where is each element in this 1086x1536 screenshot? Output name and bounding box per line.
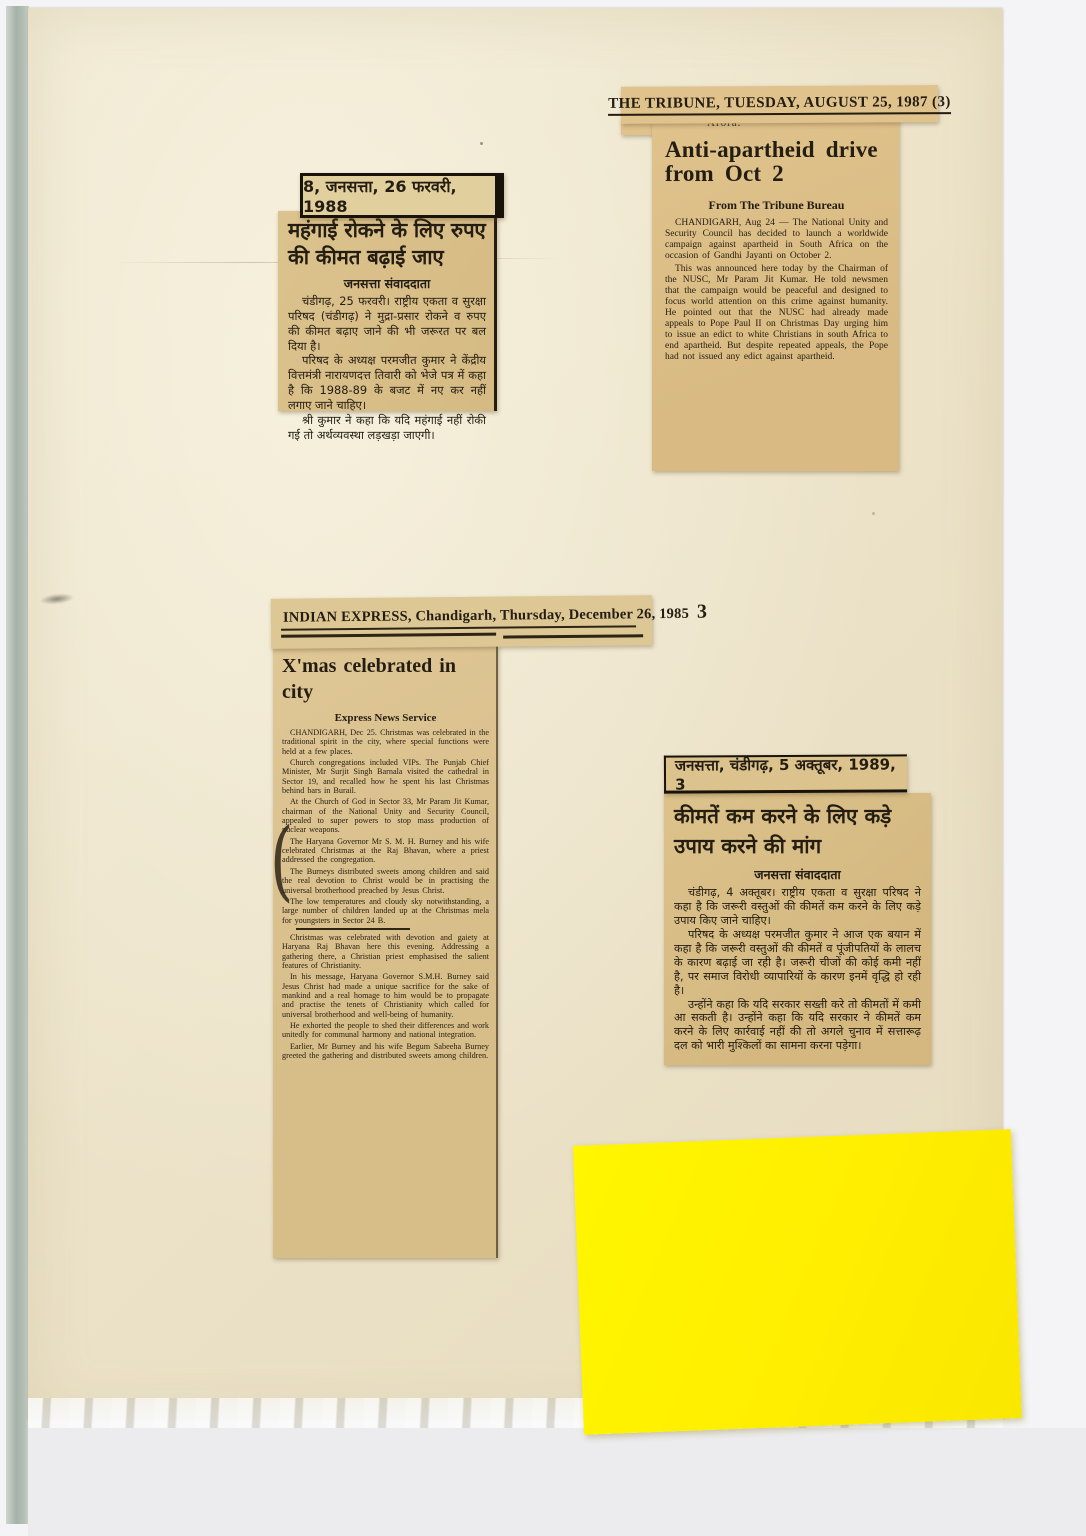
clipping-hindi-1989: कीमतें कम करने के लिए कड़े उपाय करने की … xyxy=(664,793,931,1065)
page-number: 3 xyxy=(697,601,707,624)
article-paragraph: The Haryana Governor Mr S. M. H. Burney … xyxy=(282,837,489,865)
masthead-rule xyxy=(281,633,496,638)
article-paragraph: The low temperatures and cloudy sky notw… xyxy=(282,897,489,925)
clipping-tribune-article: Arora. Anti-apartheid drive from Oct 2 F… xyxy=(652,113,899,471)
scan-sleeve-edge xyxy=(6,6,29,1524)
article-paragraph: चंडीगढ़, 25 फरवरी। राष्ट्रीय एकता व सुरक… xyxy=(288,294,486,353)
clipping-indian-express-article: X'mas celebrated in city Express News Se… xyxy=(273,645,498,1258)
article-paragraph: CHANDIGARH, Aug 24 — The National Unity … xyxy=(665,218,888,262)
article-paragraph: In his message, Haryana Governor S.M.H. … xyxy=(282,972,489,1019)
scan-background-bottom xyxy=(28,1428,1086,1536)
article-paragraph: Christmas was celebrated with devotion a… xyxy=(282,933,489,970)
clipping-hindi-1989-headline: कीमतें कम करने के लिए कड़े उपाय करने की … xyxy=(674,802,921,861)
article-paragraph: Earlier, Mr Burney and his wife Begum Sa… xyxy=(282,1042,489,1061)
clipping-hindi-1988-byline: जनसत्ता संवाददाता xyxy=(288,275,486,292)
clipping-hindi-1988: महंगाई रोकने के लिए रुपए की कीमत बढ़ाई ज… xyxy=(278,211,497,411)
clipping-hindi-1988-date: 8, जनसत्ता, 26 फरवरी, 1988 xyxy=(303,175,495,216)
clipping-indian-express-headline: X'mas celebrated in city xyxy=(282,653,489,705)
article-paragraph: उन्होंने कहा कि यदि सरकार सख्ती करे तो क… xyxy=(674,998,921,1054)
clipping-tribune-headline: Anti-apartheid drive from Oct 2 xyxy=(665,138,888,187)
clipping-hindi-1989-date: जनसत्ता, चंडीगढ़, 5 अक्तूबर, 1989, 3 xyxy=(675,754,907,793)
paper-speck xyxy=(480,142,483,145)
clipping-hindi-1988-headline: महंगाई रोकने के लिए रुपए की कीमत बढ़ाई ज… xyxy=(288,217,486,271)
article-paragraph: CHANDIGARH, Dec 25. Christmas was celebr… xyxy=(282,728,489,756)
article-paragraph: श्री कुमार ने कहा कि यदि महंगाई नहीं रोक… xyxy=(288,413,486,443)
article-paragraph: He exhorted the people to shed their dif… xyxy=(282,1021,489,1040)
clipping-tribune-masthead-text: THE TRIBUNE, TUESDAY, AUGUST 25, 1987 (3… xyxy=(608,94,951,116)
masthead-rule xyxy=(503,634,643,638)
clipping-indian-express-byline: Express News Service xyxy=(282,712,489,724)
paper-speck xyxy=(872,512,875,515)
article-paragraph: Church congregations included VIPs. The … xyxy=(282,758,489,795)
yellow-sticky-note xyxy=(573,1129,1022,1435)
scanned-scrapbook-page: { "colors": { "album_page_paper": "#ece3… xyxy=(0,0,1086,1536)
section-divider-rule xyxy=(296,928,410,930)
clipping-tribune-byline: From The Tribune Bureau xyxy=(665,198,888,213)
article-paragraph: परिषद के अध्यक्ष परमजीत कुमार ने आज एक ब… xyxy=(674,928,921,997)
clipping-hindi-1989-byline: जनसत्ता संवाददाता xyxy=(674,866,921,883)
clipping-hindi-1989-date-box: जनसत्ता, चंडीगढ़, 5 अक्तूबर, 1989, 3 xyxy=(664,754,907,793)
article-paragraph: परिषद के अध्यक्ष परमजीत कुमार ने केंद्री… xyxy=(288,353,486,412)
clipping-tribune-masthead: THE TRIBUNE, TUESDAY, AUGUST 25, 1987 (3… xyxy=(621,85,938,124)
article-paragraph: The Burneys distributed sweets among chi… xyxy=(282,867,489,895)
article-paragraph: चंडीगढ़, 4 अक्तूबर। राष्ट्रीय एकता व सुर… xyxy=(674,886,921,928)
handwritten-bracket-mark: ( xyxy=(273,818,293,905)
clipping-hindi-1988-date-box: 8, जनसत्ता, 26 फरवरी, 1988 xyxy=(300,173,504,218)
article-paragraph: At the Church of God in Sector 33, Mr Pa… xyxy=(282,797,489,834)
clipping-indian-express-masthead: INDIAN EXPRESS, Chandigarh, Thursday, De… xyxy=(271,595,652,649)
article-paragraph: This was announced here today by the Cha… xyxy=(665,264,888,363)
clipping-indian-express-masthead-text: INDIAN EXPRESS, Chandigarh, Thursday, De… xyxy=(283,606,689,627)
